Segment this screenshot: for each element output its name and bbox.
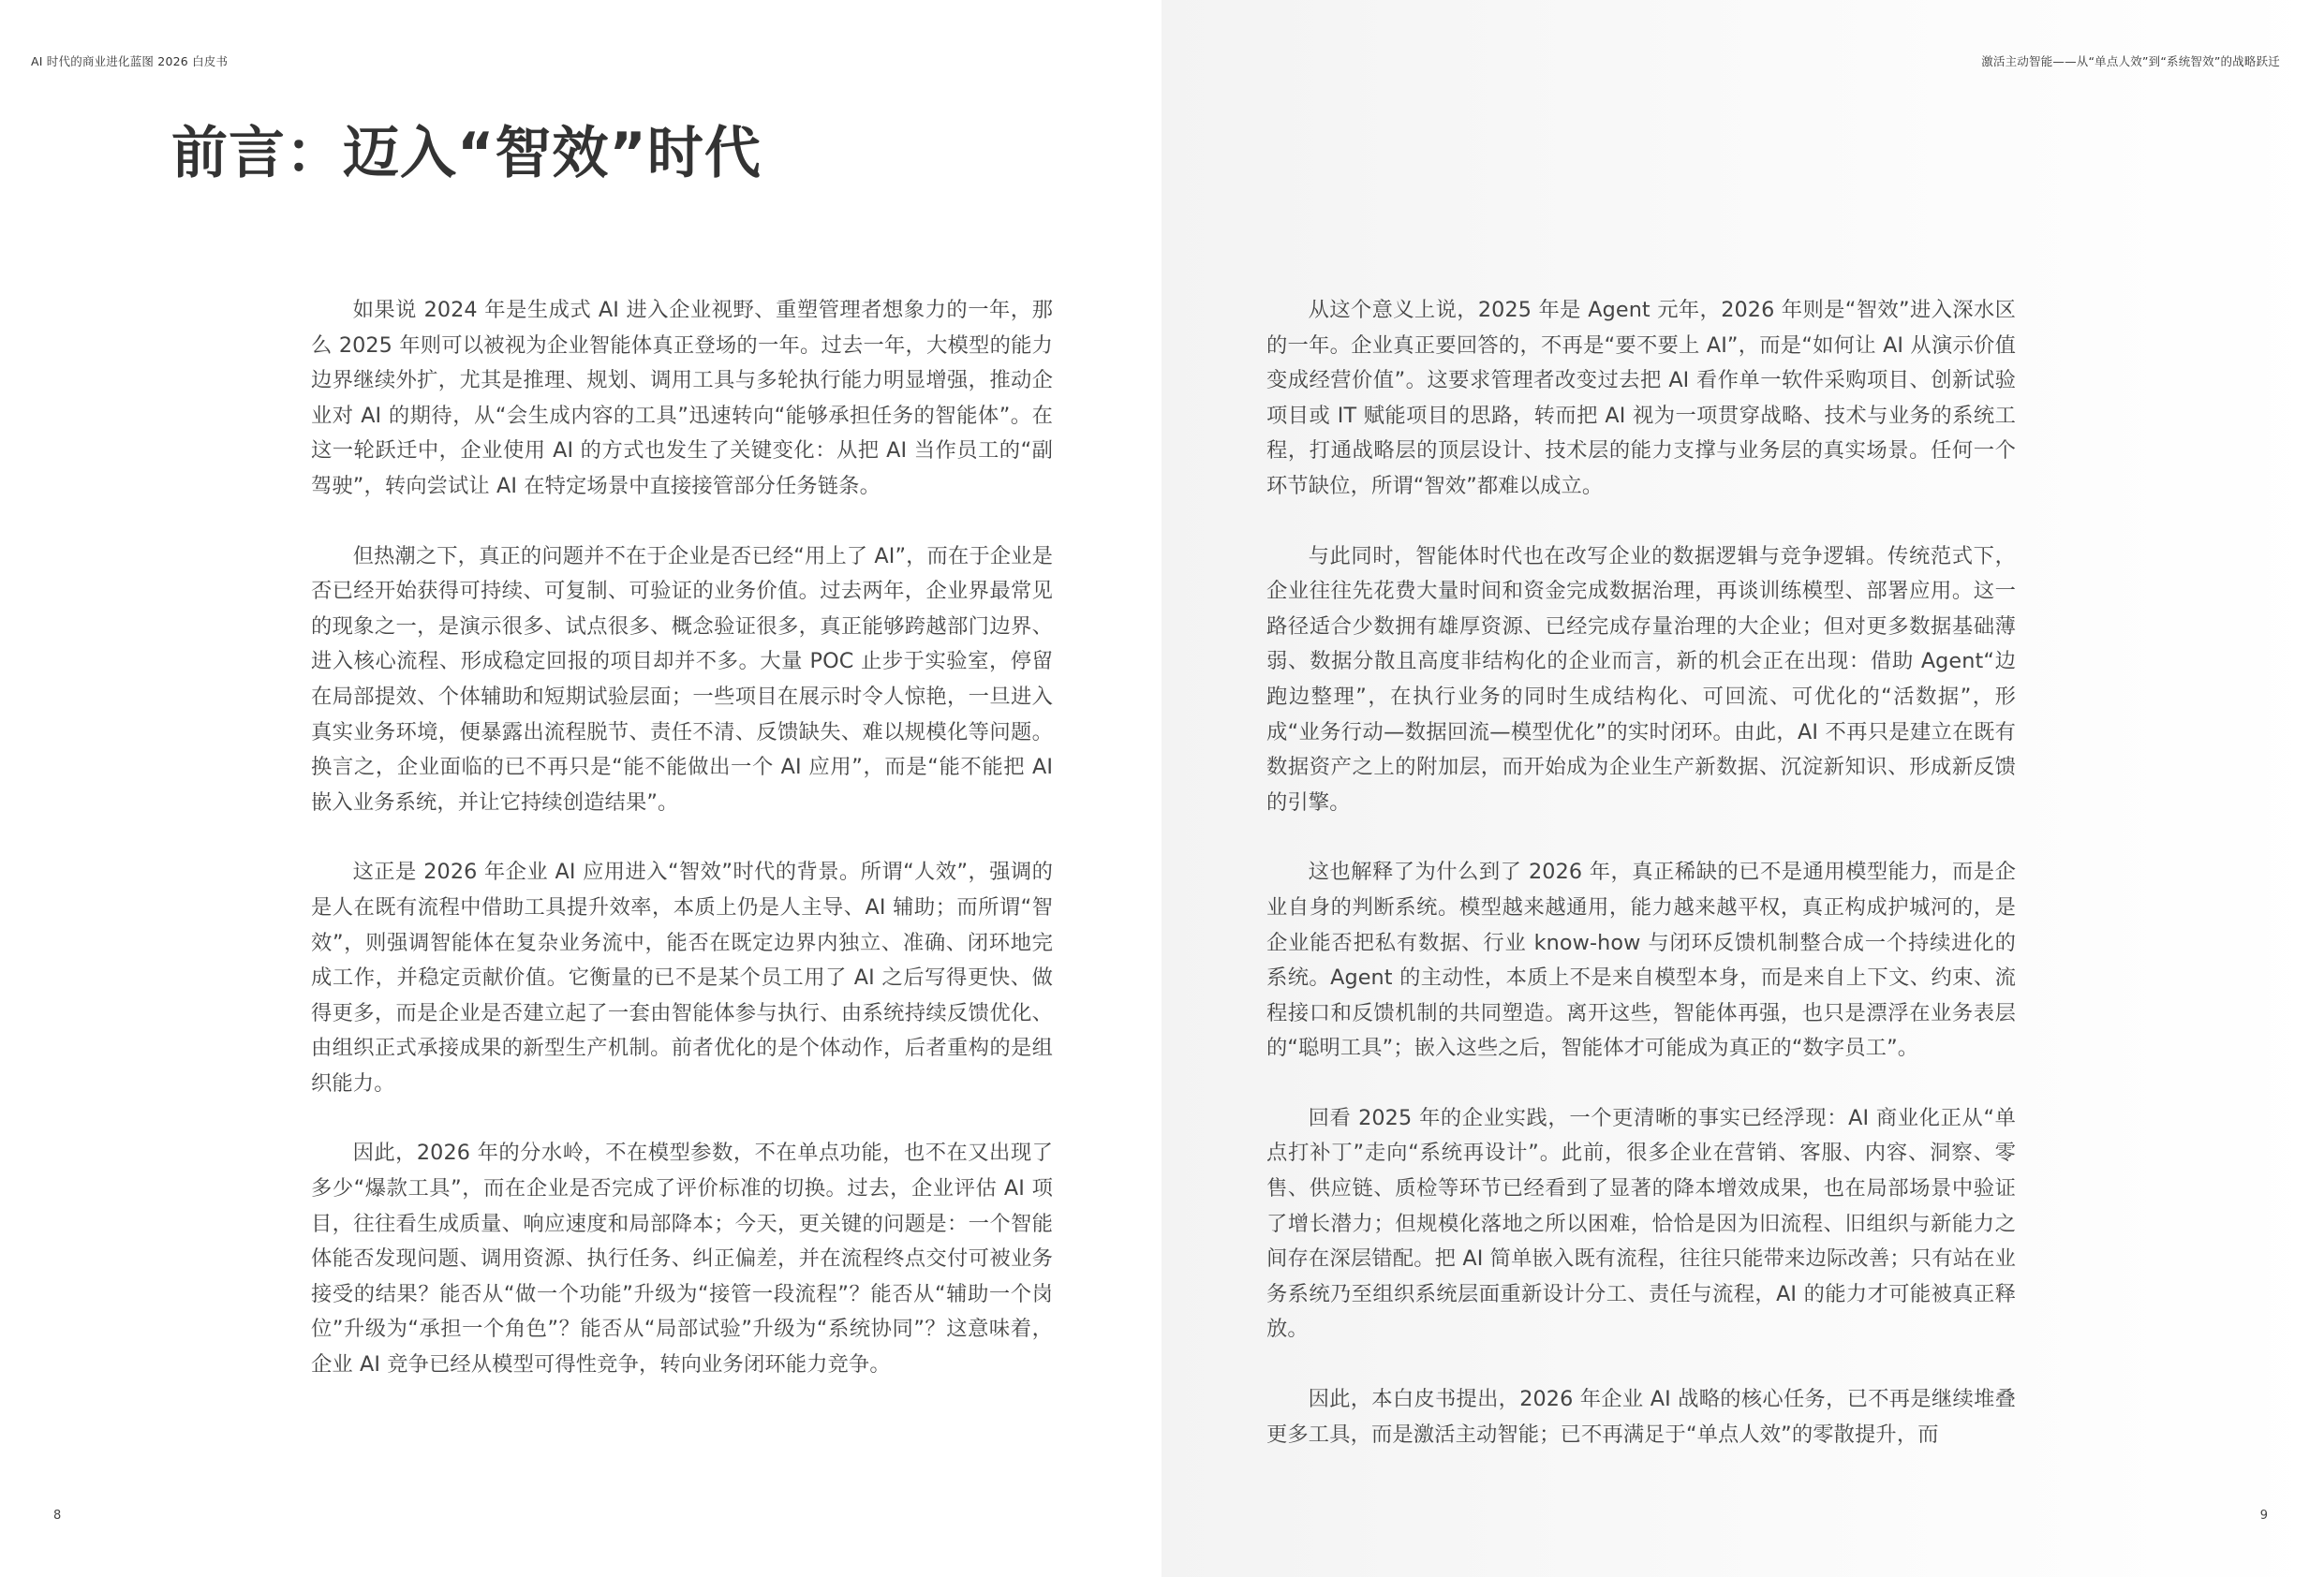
paragraph: 因此，本白皮书提出，2026 年企业 AI 战略的核心任务，已不再是继续堆叠更多…	[1266, 1382, 2016, 1452]
paragraph: 回看 2025 年的企业实践，一个更清晰的事实已经浮现：AI 商业化正从“单点打…	[1266, 1101, 2016, 1348]
running-head-right: 激活主动智能——从“单点人效”到“系统智效”的战略跃迁	[1981, 52, 2280, 69]
left-body-column: 如果说 2024 年是生成式 AI 进入企业视野、重塑管理者想象力的一年，那么 …	[311, 293, 1053, 1418]
paragraph: 从这个意义上说，2025 年是 Agent 元年，2026 年则是“智效”进入深…	[1266, 293, 2016, 505]
paragraph: 与此同时，智能体时代也在改写企业的数据逻辑与竞争逻辑。传统范式下，企业往往先花费…	[1266, 539, 2016, 821]
right-body-column: 从这个意义上说，2025 年是 Agent 元年，2026 年则是“智效”进入深…	[1266, 293, 2016, 1487]
right-page: 激活主动智能——从“单点人效”到“系统智效”的战略跃迁 从这个意义上说，2025…	[1162, 0, 2324, 1577]
page-number-right: 9	[2260, 1509, 2268, 1523]
paragraph: 这也解释了为什么到了 2026 年，真正稀缺的已不是通用模型能力，而是企业自身的…	[1266, 855, 2016, 1067]
chapter-title: 前言：迈入“智效”时代	[171, 120, 762, 187]
paragraph: 这正是 2026 年企业 AI 应用进入“智效”时代的背景。所谓“人效”，强调的…	[311, 855, 1053, 1101]
paragraph: 如果说 2024 年是生成式 AI 进入企业视野、重塑管理者想象力的一年，那么 …	[311, 293, 1053, 505]
running-head-left: AI 时代的商业进化蓝图 2026 白皮书	[31, 52, 228, 69]
left-page: AI 时代的商业进化蓝图 2026 白皮书 前言：迈入“智效”时代 如果说 20…	[0, 0, 1162, 1577]
page-number-left: 8	[53, 1509, 61, 1523]
paragraph: 但热潮之下，真正的问题并不在于企业是否已经“用上了 AI”，而在于企业是否已经开…	[311, 539, 1053, 821]
paragraph: 因此，2026 年的分水岭，不在模型参数，不在单点功能，也不在又出现了多少“爆款…	[311, 1136, 1053, 1382]
